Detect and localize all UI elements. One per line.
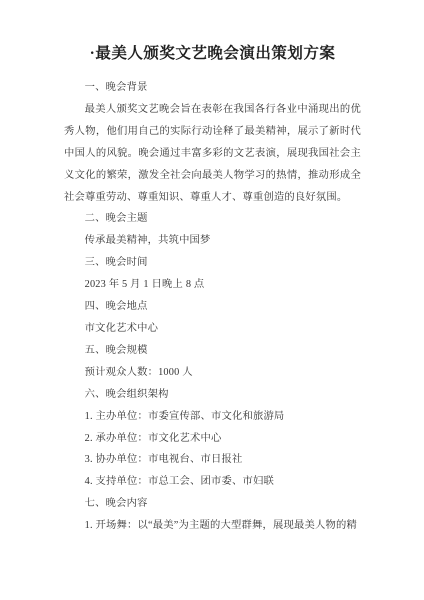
section-6-item-2: 2. 承办单位：市文化艺术中心 [64,428,361,450]
section-2-paragraph: 传承最美精神，共筑中国梦 [64,230,361,252]
section-3-heading: 三、晚会时间 [64,252,361,274]
section-2-heading: 二、晚会主题 [64,208,361,230]
section-6-item-1: 1. 主办单位：市委宣传部、市文化和旅游局 [64,406,361,428]
section-6-item-3: 3. 协办单位：市电视台、市日报社 [64,449,361,471]
section-7-heading: 七、晚会内容 [64,493,361,515]
section-6-heading: 六、晚会组织架构 [64,384,361,406]
document-title: ·最美人颁奖文艺晚会演出策划方案 [64,42,361,66]
section-5-paragraph: 预计观众人数：1000 人 [64,362,361,384]
document-content: ·最美人颁奖文艺晚会演出策划方案 一、晚会背景 最美人颁奖文艺晚会旨在表彰在我国… [0,0,424,537]
section-5-heading: 五、晚会规模 [64,340,361,362]
document-body: 一、晚会背景 最美人颁奖文艺晚会旨在表彰在我国各行各业中涌现出的优秀人物，他们用… [64,77,361,537]
section-1-paragraph: 最美人颁奖文艺晚会旨在表彰在我国各行各业中涌现出的优秀人物，他们用自己的实际行动… [64,99,361,209]
section-1-heading: 一、晚会背景 [64,77,361,99]
section-3-paragraph: 2023 年 5 月 1 日晚上 8 点 [64,274,361,296]
section-4-paragraph: 市文化艺术中心 [64,318,361,340]
section-4-heading: 四、晚会地点 [64,296,361,318]
section-6-item-4: 4. 支持单位：市总工会、团市委、市妇联 [64,471,361,493]
section-7-paragraph: 1. 开场舞：以“最美”为主题的大型群舞，展现最美人物的精 [64,515,361,537]
document-page: ·最美人颁奖文艺晚会演出策划方案 一、晚会背景 最美人颁奖文艺晚会旨在表彰在我国… [0,0,424,600]
